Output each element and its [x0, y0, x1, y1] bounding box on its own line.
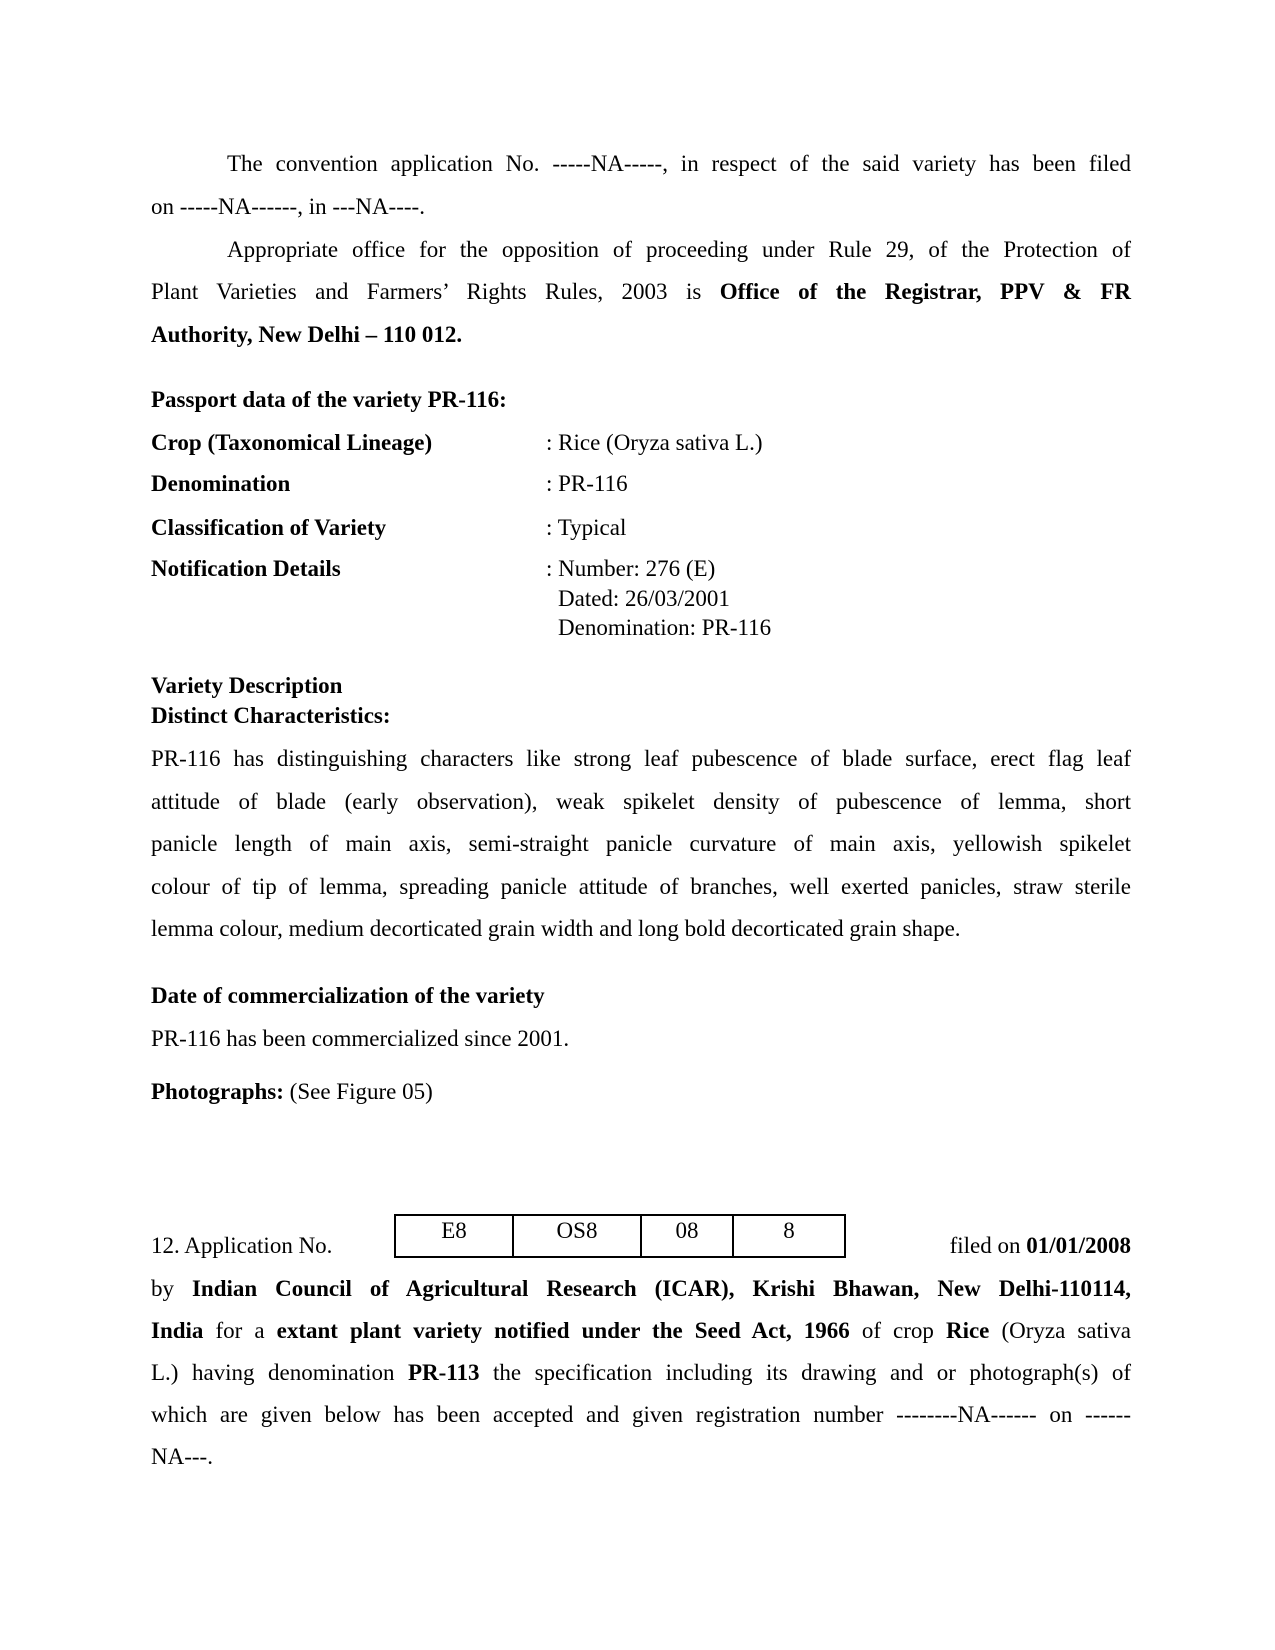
- distinct-characteristics-heading: Distinct Characteristics:: [151, 702, 1131, 730]
- application-number-cell: 08: [642, 1216, 734, 1256]
- convention-paragraph-line-2: on -----NA------, in ---NA----.: [151, 193, 1131, 221]
- description-line: PR-116 has distinguishing characters lik…: [151, 745, 1131, 773]
- variety-type-line: India for a extant plant variety notifie…: [151, 1317, 1131, 1345]
- opposition-text: Plant Varieties and Farmers’ Rights Rule…: [151, 279, 720, 304]
- applicant-name: Indian Council of Agricultural Research …: [192, 1276, 1131, 1301]
- application-denomination: PR-113: [408, 1360, 480, 1385]
- description-line: attitude of blade (early observation), w…: [151, 788, 1131, 816]
- description-line: colour of tip of lemma, spreading panicl…: [151, 873, 1131, 901]
- crop-name: Rice: [946, 1318, 989, 1343]
- notification-denomination: Denomination: PR-116: [558, 614, 771, 642]
- registrar-address: Authority, New Delhi – 110 012.: [151, 321, 1131, 349]
- filed-on: filed on 01/01/2008: [950, 1232, 1131, 1260]
- classification-value: : Typical: [546, 514, 626, 542]
- applicant-prefix: by: [151, 1276, 192, 1301]
- application-number-box: E8 OS8 08 8: [394, 1214, 846, 1258]
- photographs-line: Photographs: (See Figure 05): [151, 1078, 1131, 1106]
- description-line: panicle length of main axis, semi-straig…: [151, 830, 1131, 858]
- filed-on-date: 01/01/2008: [1026, 1233, 1131, 1258]
- crop-value: : Rice (Oryza sativa L.): [546, 429, 763, 457]
- document-page: The convention application No. -----NA--…: [0, 0, 1275, 1650]
- notification-date: Dated: 26/03/2001: [558, 585, 730, 613]
- notification-number: : Number: 276 (E): [546, 555, 715, 583]
- convention-paragraph-line-1: The convention application No. -----NA--…: [151, 150, 1131, 178]
- registration-line: which are given below has been accepted …: [151, 1401, 1131, 1429]
- opposition-paragraph-line-2: Plant Varieties and Farmers’ Rights Rule…: [151, 278, 1131, 306]
- denomination-line: L.) having denomination PR-113 the speci…: [151, 1359, 1131, 1387]
- text-fragment: L.) having denomination: [151, 1360, 408, 1385]
- registrar-office: Office of the Registrar, PPV & FR: [720, 279, 1131, 304]
- text-fragment: the specification including its drawing …: [480, 1360, 1131, 1385]
- applicant-country: India: [151, 1318, 203, 1343]
- applicant-line: by Indian Council of Agricultural Resear…: [151, 1275, 1131, 1303]
- application-number-cell: E8: [396, 1216, 514, 1256]
- application-number-cell: 8: [734, 1216, 844, 1256]
- text-fragment: (Oryza sativa: [989, 1318, 1131, 1343]
- commercialization-heading: Date of commercialization of the variety: [151, 982, 1131, 1010]
- application-number-label: 12. Application No.: [151, 1232, 332, 1260]
- text-fragment: of crop: [850, 1318, 946, 1343]
- registration-line-end: NA---.: [151, 1443, 1131, 1471]
- denomination-value: : PR-116: [546, 470, 628, 498]
- notification-label: Notification Details: [151, 555, 341, 583]
- filed-on-label: filed on: [950, 1233, 1027, 1258]
- photographs-label: Photographs:: [151, 1079, 284, 1104]
- opposition-paragraph-line-1: Appropriate office for the opposition of…: [151, 236, 1131, 264]
- variety-description-heading: Variety Description: [151, 672, 1131, 700]
- photographs-reference: (See Figure 05): [284, 1079, 433, 1104]
- passport-heading: Passport data of the variety PR-116:: [151, 386, 1131, 414]
- denomination-label: Denomination: [151, 470, 290, 498]
- variety-type: extant plant variety notified under the …: [277, 1318, 850, 1343]
- application-number-cell: OS8: [514, 1216, 642, 1256]
- description-line: lemma colour, medium decorticated grain …: [151, 915, 1131, 943]
- classification-label: Classification of Variety: [151, 514, 386, 542]
- text-fragment: for a: [203, 1318, 276, 1343]
- commercialization-text: PR-116 has been commercialized since 200…: [151, 1025, 1131, 1053]
- crop-label: Crop (Taxonomical Lineage): [151, 429, 432, 457]
